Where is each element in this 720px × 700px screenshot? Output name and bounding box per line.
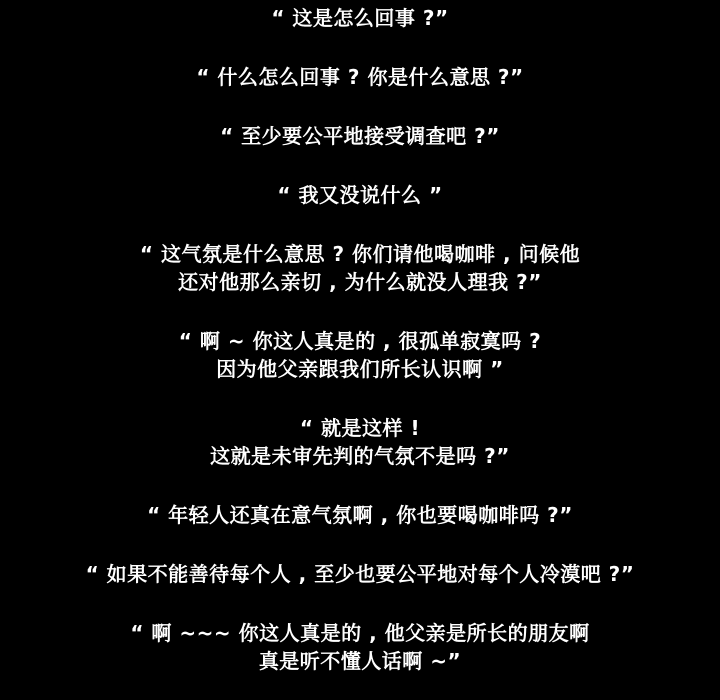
dialogue-block: “ 这是怎么回事 ?” [0, 4, 720, 32]
dialogue-block: “ 啊 ~ 你这人真是的 , 很孤单寂寞吗 ? 因为他父亲跟我们所长认识啊 ” [0, 327, 720, 383]
dialogue-line: “ 这是怎么回事 ?” [0, 4, 720, 32]
dialogue-line: “ 年轻人还真在意气氛啊 , 你也要喝咖啡吗 ?” [0, 501, 720, 529]
dialogue-block: “ 我又没说什么 ” [0, 181, 720, 209]
dialogue-line: “ 啊 ~~~ 你这人真是的 , 他父亲是所长的朋友啊 [0, 619, 720, 647]
dialogue-block: “ 就是这样 ! 这就是未审先判的气氛不是吗 ?” [0, 414, 720, 470]
dialogue-line: 这就是未审先判的气氛不是吗 ?” [0, 442, 720, 470]
dialogue-block: “ 年轻人还真在意气氛啊 , 你也要喝咖啡吗 ?” [0, 501, 720, 529]
dialogue-line: “ 就是这样 ! [0, 414, 720, 442]
dialogue-block: “ 啊 ~~~ 你这人真是的 , 他父亲是所长的朋友啊 真是听不懂人话啊 ~” [0, 619, 720, 675]
dialogue-line: 因为他父亲跟我们所长认识啊 ” [0, 355, 720, 383]
dialogue-page: “ 这是怎么回事 ?” “ 什么怎么回事 ? 你是什么意思 ?” “ 至少要公平… [0, 0, 720, 700]
dialogue-line: “ 我又没说什么 ” [0, 181, 720, 209]
dialogue-line: “ 这气氛是什么意思 ? 你们请他喝咖啡 , 问候他 [0, 240, 720, 268]
dialogue-line: “ 如果不能善待每个人 , 至少也要公平地对每个人冷漠吧 ?” [0, 560, 720, 588]
dialogue-line: “ 什么怎么回事 ? 你是什么意思 ?” [0, 63, 720, 91]
dialogue-block: “ 这气氛是什么意思 ? 你们请他喝咖啡 , 问候他 还对他那么亲切 , 为什么… [0, 240, 720, 296]
dialogue-line: 真是听不懂人话啊 ~” [0, 647, 720, 675]
dialogue-block: “ 如果不能善待每个人 , 至少也要公平地对每个人冷漠吧 ?” [0, 560, 720, 588]
dialogue-line: “ 啊 ~ 你这人真是的 , 很孤单寂寞吗 ? [0, 327, 720, 355]
dialogue-block: “ 什么怎么回事 ? 你是什么意思 ?” [0, 63, 720, 91]
dialogue-block: “ 至少要公平地接受调查吧 ?” [0, 122, 720, 150]
dialogue-line: “ 至少要公平地接受调查吧 ?” [0, 122, 720, 150]
dialogue-line: 还对他那么亲切 , 为什么就没人理我 ?” [0, 268, 720, 296]
